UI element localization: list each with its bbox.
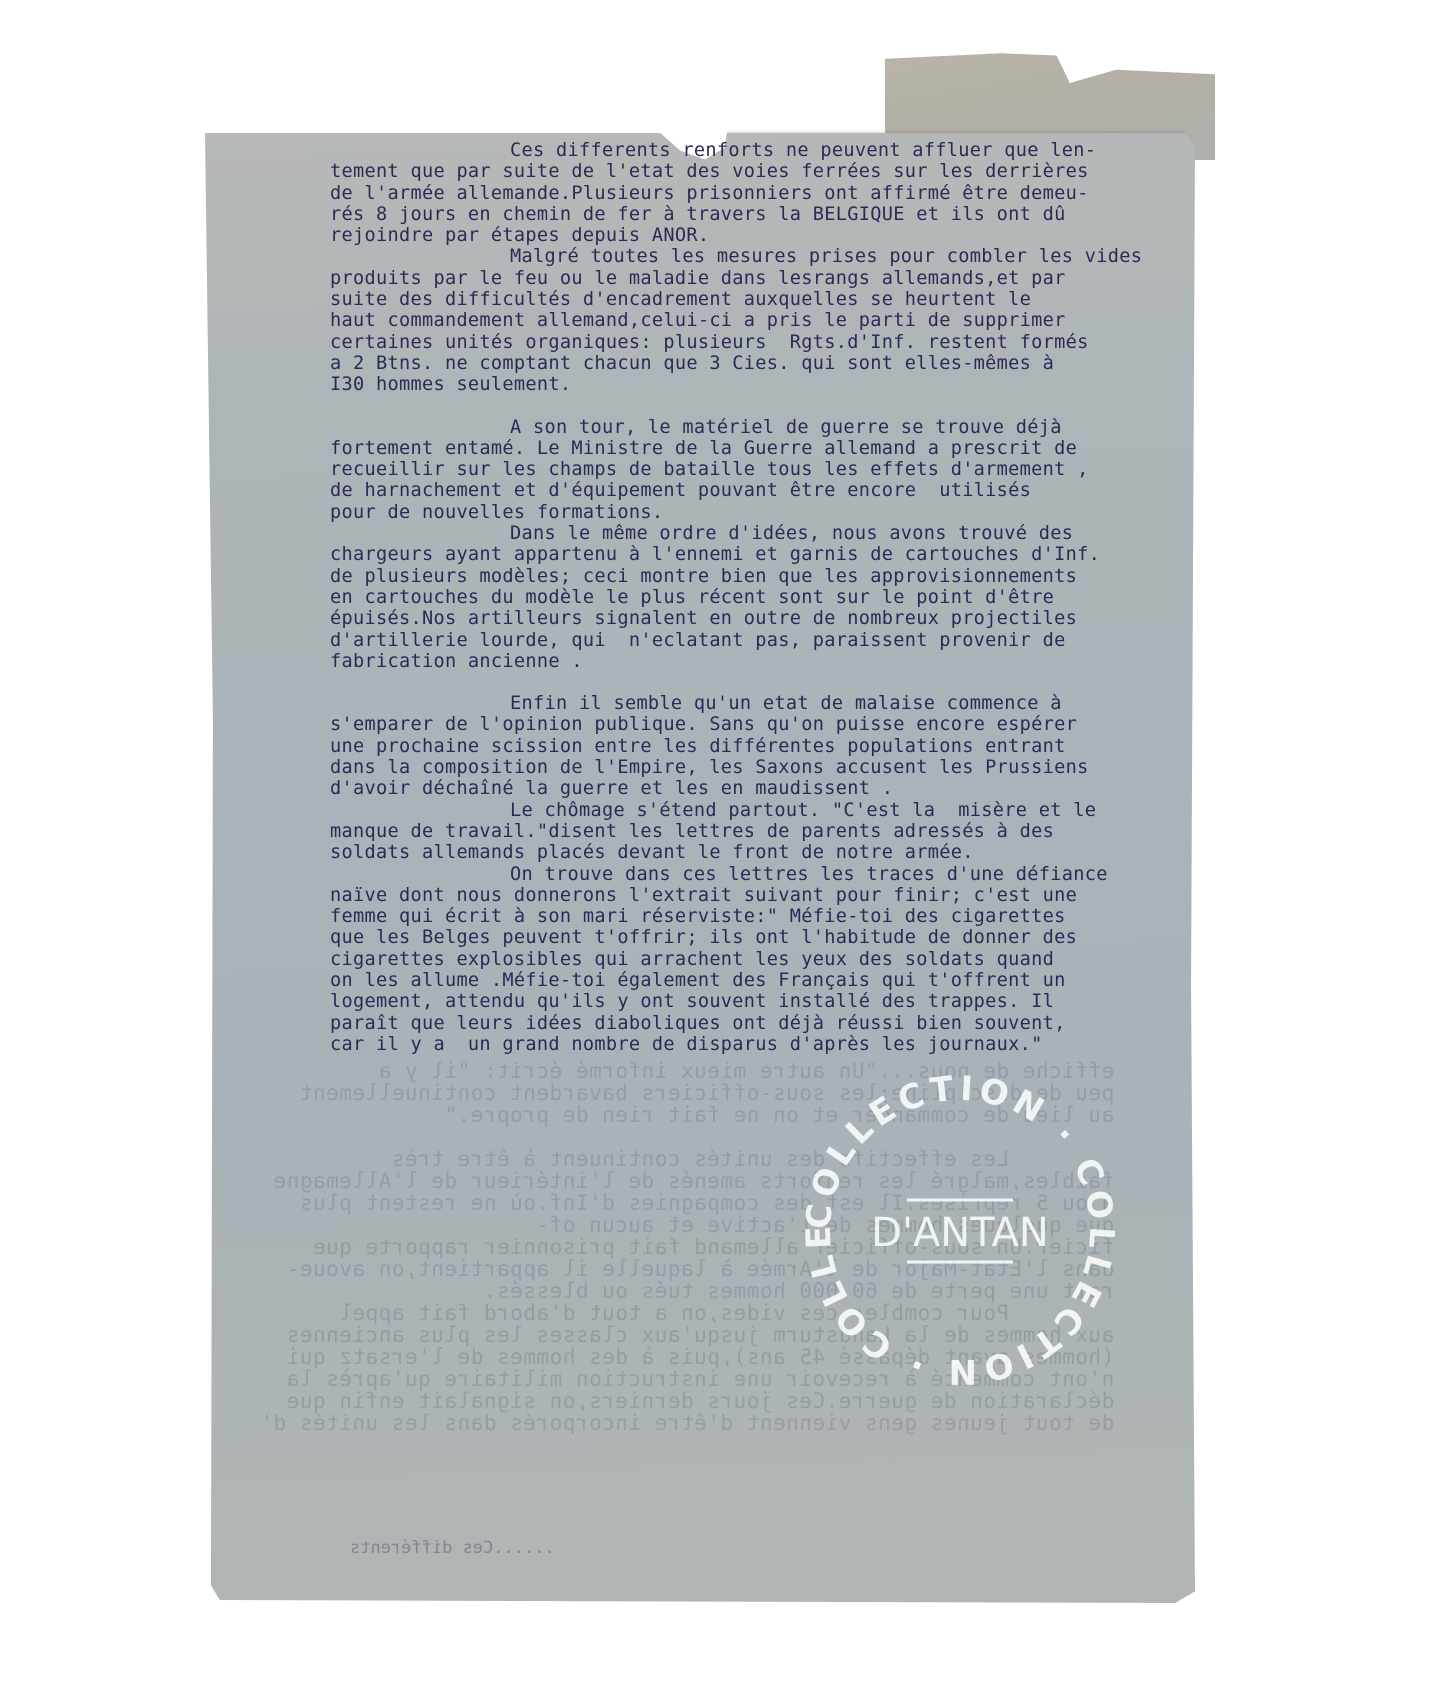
paragraph-defiance: On trouve dans ces lettres les traces d'… <box>330 864 1210 1056</box>
text-line: naïve dont nous donnerons l'extrait suiv… <box>330 885 1210 906</box>
text-line: produits par le feu ou le maladie dans l… <box>330 268 1210 289</box>
text-line: dans la composition de l'Empire, les Sax… <box>330 757 1210 778</box>
text-line: rés 8 jours en chemin de fer à travers l… <box>330 204 1210 225</box>
paragraph-materiel: A son tour, le matériel de guerre se tro… <box>330 417 1210 523</box>
typewritten-body: Ces differents renforts ne peuvent afflu… <box>330 140 1210 1055</box>
text-line: car il y a un grand nombre de disparus d… <box>330 1034 1210 1055</box>
text-line: haut commandement allemand,celui-ci a pr… <box>330 310 1210 331</box>
text-line: recueillir sur les champs de bataille to… <box>330 459 1210 480</box>
text-line: suite des difficultés d'encadrement auxq… <box>330 289 1210 310</box>
paragraph-malaise: Enfin il semble qu'un etat de malaise co… <box>330 693 1210 799</box>
text-line: manque de travail."disent les lettres de… <box>330 821 1210 842</box>
collection-dantan-watermark: COLLECTION · COLLECTION · COLLECTION · D… <box>795 1065 1125 1395</box>
bleed-through-footer: ......Ces différents <box>330 1518 555 1558</box>
paragraph-chargeurs: Dans le même ordre d'idées, nous avons t… <box>330 523 1210 672</box>
text-line: cigarettes explosibles qui arrachent les… <box>330 949 1210 970</box>
svg-text:D'ANTAN: D'ANTAN <box>871 1210 1049 1256</box>
text-line: tement que par suite de l'etat des voies… <box>330 161 1210 182</box>
text-line: soldats allemands placés devant le front… <box>330 842 1210 863</box>
paragraph-mesures: Malgré toutes les mesures prises pour co… <box>330 246 1210 395</box>
text-line: d'avoir déchaîné la guerre et les en mau… <box>330 778 1210 799</box>
text-line: Dans le même ordre d'idées, nous avons t… <box>330 523 1210 544</box>
text-line: on les allume .Méfie-toi également des F… <box>330 970 1210 991</box>
text-line: logement, attendu qu'ils y ont souvent i… <box>330 991 1210 1012</box>
text-line: chargeurs ayant appartenu à l'ennemi et … <box>330 544 1210 565</box>
text-line: une prochaine scission entre les différe… <box>330 736 1210 757</box>
text-line: de l'armée allemande.Plusieurs prisonnie… <box>330 183 1210 204</box>
text-line: A son tour, le matériel de guerre se tro… <box>330 417 1210 438</box>
text-line: Ces differents renforts ne peuvent afflu… <box>330 140 1210 161</box>
text-line: d'artillerie lourde, qui n'eclatant pas,… <box>330 630 1210 651</box>
text-line: épuisés.Nos artilleurs signalent en outr… <box>330 608 1210 629</box>
text-line: Enfin il semble qu'un etat de malaise co… <box>330 693 1210 714</box>
text-line: en cartouches du modèle le plus récent s… <box>330 587 1210 608</box>
paragraph-chomage: Le chômage s'étend partout. "C'est la mi… <box>330 800 1210 864</box>
text-line: rejoindre par étapes depuis ANOR. <box>330 225 1210 246</box>
text-line: On trouve dans ces lettres les traces d'… <box>330 864 1210 885</box>
text-line: Le chômage s'étend partout. "C'est la mi… <box>330 800 1210 821</box>
text-line: fabrication ancienne . <box>330 651 1210 672</box>
watermark-stamp-icon: COLLECTION · COLLECTION · COLLECTION · D… <box>795 1065 1125 1395</box>
bleed-through-footer-text: ......Ces différents <box>350 1538 555 1558</box>
text-line: de plusieurs modèles; ceci montre bien q… <box>330 566 1210 587</box>
text-line: femme qui écrit à son mari réserviste:" … <box>330 906 1210 927</box>
text-line: paraît que leurs idées diaboliques ont d… <box>330 1013 1210 1034</box>
text-line: que les Belges peuvent t'offrir; ils ont… <box>330 927 1210 948</box>
text-line: I30 hommes seulement. <box>330 374 1210 395</box>
text-line: de harnachement et d'équipement pouvant … <box>330 480 1210 501</box>
text-line: pour de nouvelles formations. <box>330 502 1210 523</box>
text-line: s'emparer de l'opinion publique. Sans qu… <box>330 714 1210 735</box>
text-line: fortement entamé. Le Ministre de la Guer… <box>330 438 1210 459</box>
text-line: Malgré toutes les mesures prises pour co… <box>330 246 1210 267</box>
text-line: a 2 Btns. ne comptant chacun que 3 Cies.… <box>330 353 1210 374</box>
text-line: certaines unités organiques: plusieurs R… <box>330 332 1210 353</box>
paragraph-renforts: Ces differents renforts ne peuvent afflu… <box>330 140 1210 246</box>
